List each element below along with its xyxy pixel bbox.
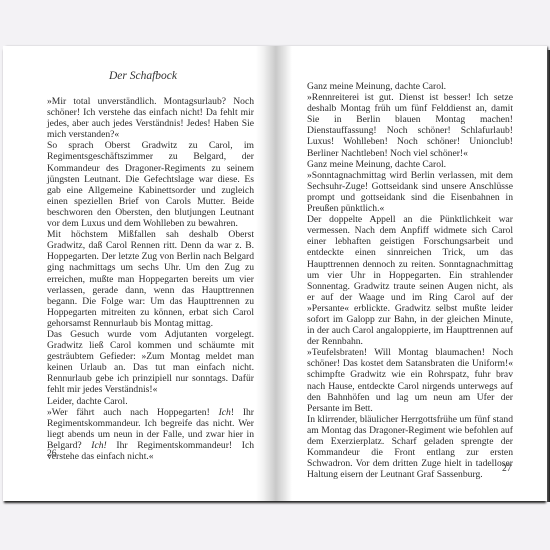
- text-run: »Wer fährt auch nach Hoppegarten!: [47, 407, 219, 418]
- open-book: Der Schafbock »Mir total unverständlich.…: [3, 46, 547, 501]
- right-page: Ganz meine Meinung, dachte Carol. »Rennr…: [275, 46, 547, 501]
- paragraph: »Wer fährt auch nach Hoppegarten! Ich! I…: [47, 407, 254, 462]
- paragraph: »Teufelsbraten! Will Montag blaumachen! …: [307, 347, 513, 414]
- paragraph: Das Gesuch wurde vom Adjutanten vorgeleg…: [47, 329, 254, 396]
- right-page-text: Ganz meine Meinung, dachte Carol. »Rennr…: [307, 81, 513, 480]
- paragraph: Leider, dachte Carol.: [47, 396, 254, 407]
- paragraph: »Mir total unverständlich. Montagsurlaub…: [47, 96, 254, 140]
- paragraph: In klirrender, bläulicher Herrgottsfrühe…: [307, 414, 513, 481]
- left-page: Der Schafbock »Mir total unverständlich.…: [3, 46, 273, 501]
- page-number: 26: [47, 449, 57, 459]
- paragraph: Ganz meine Meinung, dachte Carol.: [307, 159, 513, 170]
- italic-run: Ich: [219, 407, 231, 418]
- paragraph: So sprach Oberst Gradwitz zu Carol, im R…: [47, 140, 254, 229]
- left-page-text: »Mir total unverständlich. Montagsurlaub…: [47, 96, 254, 462]
- paragraph: Ganz meine Meinung, dachte Carol.: [307, 81, 513, 92]
- page-number: 27: [502, 464, 512, 474]
- paragraph: »Rennreiterei ist gut. Dienst ist besser…: [307, 92, 513, 159]
- running-title: Der Schafbock: [3, 70, 283, 82]
- paragraph: Der doppelte Appell an die Pünktlichkeit…: [307, 214, 513, 347]
- paragraph: Mit höchstem Mißfallen sah deshalb Obers…: [47, 229, 254, 329]
- paragraph: »Sonntagnachmittag wird Berlin verlassen…: [307, 170, 513, 214]
- italic-run: Ich!: [91, 440, 106, 451]
